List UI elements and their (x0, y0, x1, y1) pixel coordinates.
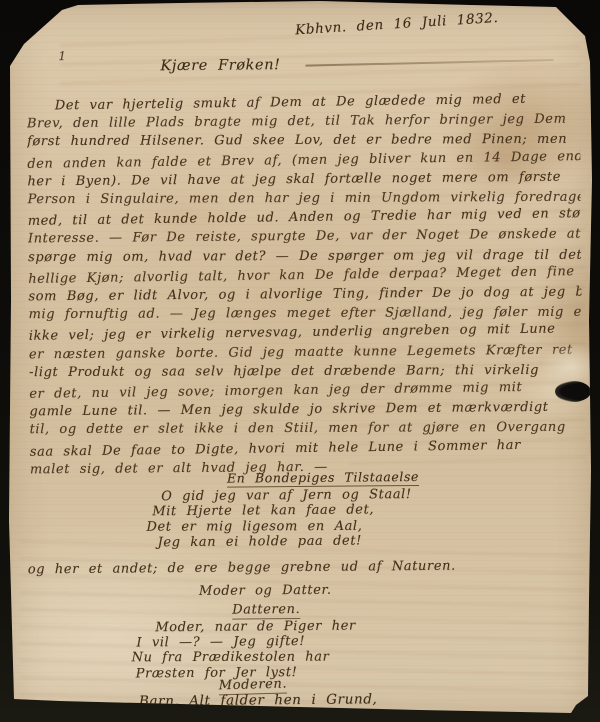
letter-paper: Kbhvn. den 16 Juli 1832. 1 Kjære Frøken!… (0, 0, 600, 722)
poem-line: Jeg kan ei holde paa det! (158, 533, 409, 550)
poem-line: Det er mig ligesom en Aal, (146, 518, 397, 534)
flourish-line (305, 59, 553, 67)
poem-title: En Bondepiges Tilstaaelse (227, 469, 419, 488)
poem: O gid jeg var af Jern og Staal! Mit Hjer… (161, 487, 412, 550)
interlude-line: og her et andet; de ere begge grebne ud … (28, 559, 456, 578)
scan-background: Kbhvn. den 16 Juli 1832. 1 Kjære Frøken!… (0, 0, 600, 722)
speaker-heading-datteren: Datteren. (232, 602, 300, 620)
poem-line: Mit Hjerte let kan faae det, (152, 502, 403, 519)
right-edge-tear (555, 381, 591, 402)
letter-content: Kbhvn. den 16 Juli 1832. 1 Kjære Frøken!… (0, 0, 600, 722)
page-number-mark: 1 (58, 49, 66, 63)
dialogue-final-line: Barn, Alt falder hen i Grund, (139, 691, 378, 709)
date-line: Kbhvn. den 16 Juli 1832. (295, 10, 499, 38)
dialogue-line: Præsten for Jer lyst! (3, 664, 357, 682)
dialogue-lines: Moder, naar de Piger her I vil —? — Jeg … (2, 619, 356, 683)
dialogue-line: Nu fra Prædikestolen har (3, 650, 357, 666)
dialogue-title: Moder og Datter. (199, 583, 332, 599)
letter-body: Det var hjertelig smukt af Dem at De glæ… (27, 91, 583, 480)
salutation: Kjære Frøken! (160, 57, 280, 74)
